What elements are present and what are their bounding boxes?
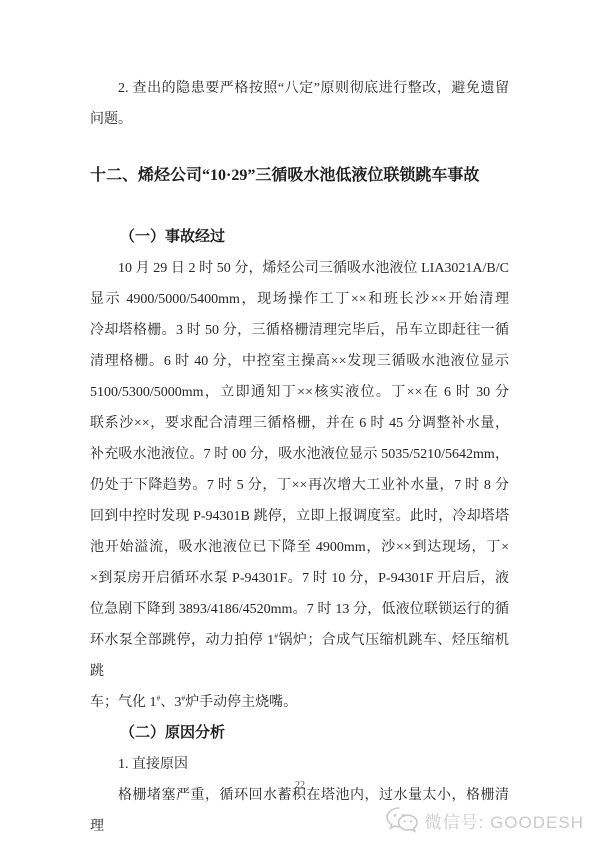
- narrative-text: 炉手动停主烧嘴。: [185, 695, 297, 710]
- narrative-line: 清理格栅。6 时 40 分，中控室主操高××发现三循吸水池液位显示: [90, 346, 509, 377]
- page-number: 22: [0, 780, 600, 791]
- document-content: 2. 查出的隐患要严格按照“八定”原则彻底进行整改，避免遗留 问题。 十二、烯烃…: [90, 73, 509, 842]
- narrative-text: 车；气化 1: [90, 695, 157, 710]
- narrative-line: 仍处于下降趋势。7 时 5 分，丁××再次增大工业补水量，7 时 8 分: [90, 470, 509, 501]
- intro-line: 2. 查出的隐患要严格按照“八定”原则彻底进行整改，避免遗留: [90, 73, 509, 104]
- watermark: 微信号: GOODESH: [385, 806, 584, 834]
- section-title: 十二、烯烃公司“10·29”三循吸水池低液位联锁跳车事故: [90, 159, 509, 192]
- narrative-line: 补充吸水池液位。7 时 00 分，吸水池液位显示 5035/5210/5642m…: [90, 439, 509, 470]
- narrative-line: ×到泵房开启循环水泵 P-94301F。7 时 10 分，P-94301F 开启…: [90, 563, 509, 594]
- intro-line: 问题。: [90, 104, 509, 135]
- narrative-text: 、3: [160, 695, 181, 710]
- narrative-line: 回到中控时发现 P-94301B 跳停，立即上报调度室。此时，冷却塔塔: [90, 501, 509, 532]
- narrative-line: 位急剧下降到 3893/4186/4520mm。7 时 13 分，低液位联锁运行…: [90, 594, 509, 625]
- narrative-text: 环水泵全部跳停，动力拍停 1: [90, 633, 274, 648]
- narrative-line: 5100/5300/5000mm，立即通知丁××核实液位。丁××在 6 时 30…: [90, 377, 509, 408]
- narrative-line: 冷却塔格栅。3 时 50 分，三循格栅清理完毕后，吊车立即赶往一循: [90, 315, 509, 346]
- narrative-line: 10 月 29 日 2 时 50 分，烯烃公司三循吸水池液位 LIA3021A/…: [90, 253, 509, 284]
- subsection-title-cause-analysis: （二）原因分析: [90, 718, 509, 749]
- narrative-line: 池开始溢流，吸水池液位已下降至 4900mm，沙××到达现场，丁×: [90, 532, 509, 563]
- watermark-label: 微信号: GOODESH: [425, 808, 584, 833]
- narrative-line: 显示 4900/5000/5400mm，现场操作工丁××和班长沙××开始清理: [90, 284, 509, 315]
- narrative-line: 车；气化 1#、3#炉手动停主烧嘴。: [90, 687, 509, 718]
- narrative-line: 环水泵全部跳停，动力拍停 1#锅炉；合成气压缩机跳车、烃压缩机跳: [90, 625, 509, 687]
- narrative-line: 联系沙××，要求配合清理三循格栅，并在 6 时 45 分调整补水量，: [90, 408, 509, 439]
- cause-label: 1. 直接原因: [90, 749, 509, 780]
- wechat-icon: [385, 806, 419, 834]
- subsection-title-accident-course: （一）事故经过: [90, 222, 509, 253]
- document-page: 2. 查出的隐患要严格按照“八定”原则彻底进行整改，避免遗留 问题。 十二、烯烃…: [0, 0, 600, 848]
